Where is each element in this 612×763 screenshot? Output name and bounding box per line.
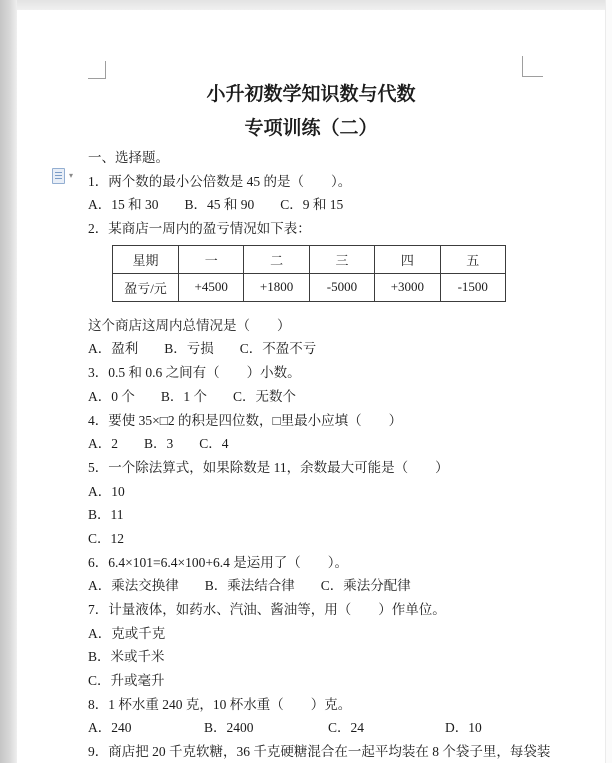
- question-7-option-b: B．米或千米: [17, 645, 605, 669]
- option-d: D．10: [445, 720, 482, 735]
- option-b: B．3: [144, 432, 173, 456]
- question-1: 1．两个数的最小公倍数是 45 的是（ ）。: [17, 170, 605, 194]
- table-cell: +3000: [375, 273, 440, 301]
- question-4-options: A．2 B．3 C．4: [17, 432, 605, 456]
- question-2: 2．某商店一周内的盈亏情况如下表：: [17, 217, 605, 241]
- option-a: A．盈利: [88, 337, 138, 361]
- table-cell: 五: [440, 245, 505, 273]
- option-b: B．亏损: [164, 337, 214, 361]
- table-cell: 三: [309, 245, 374, 273]
- window-right-gutter[interactable]: [605, 0, 612, 763]
- option-c: C．24: [328, 716, 445, 740]
- question-5: 5．一个除法算式，如果除数是 11，余数最大可能是（ ）: [17, 456, 605, 480]
- question-3-options: A．0 个 B．1 个 C．无数个: [17, 385, 605, 409]
- option-c: C．无数个: [233, 385, 296, 409]
- table-cell: 四: [375, 245, 440, 273]
- table-value-row: 盈亏/元 +4500 +1800 -5000 +3000 -1500: [113, 273, 506, 301]
- question-1-options: A．15 和 30 B．45 和 90 C．9 和 15: [17, 193, 605, 217]
- question-4: 4．要使 35×□2 的积是四位数，□里最小应填（ ）: [17, 409, 605, 433]
- option-a: A．2: [88, 432, 118, 456]
- table-cell: -1500: [440, 273, 505, 301]
- option-b: B．2400: [204, 716, 328, 740]
- section-heading: 一、选择题。: [17, 146, 605, 170]
- profit-loss-table: 星期 一 二 三 四 五 盈亏/元 +4500 +1800 -5000 +300…: [112, 245, 605, 302]
- table-cell: +1800: [244, 273, 309, 301]
- option-c: C．9 和 15: [280, 193, 343, 217]
- question-7-option-a: A．克或千克: [17, 622, 605, 646]
- doc-title-line-2: 专项训练（二）: [17, 112, 605, 146]
- question-7-option-c: C．升或毫升: [17, 669, 605, 693]
- table-gap: [17, 302, 605, 314]
- table-header-row: 星期 一 二 三 四 五: [113, 245, 506, 273]
- option-a: A．240: [88, 716, 204, 740]
- table-cell: -5000: [309, 273, 374, 301]
- option-c: C．4: [199, 432, 228, 456]
- question-8-options: A．240B．2400C．24D．10: [17, 716, 605, 740]
- question-5-option-a: A．10: [17, 480, 605, 504]
- option-b: B．1 个: [161, 385, 207, 409]
- table-cell: 二: [244, 245, 309, 273]
- question-5-option-c: C．12: [17, 527, 605, 551]
- question-2-options: A．盈利 B．亏损 C．不盈不亏: [17, 337, 605, 361]
- question-2-followup: 这个商店这周内总情况是（ ）: [17, 314, 605, 338]
- option-c: C．乘法分配律: [321, 574, 411, 598]
- document-page: 小升初数学知识数与代数 专项训练（二） 一、选择题。 1．两个数的最小公倍数是 …: [17, 0, 605, 763]
- question-5-option-b: B．11: [17, 503, 605, 527]
- table-cell: 盈亏/元: [113, 273, 179, 301]
- window-left-gutter: [0, 0, 17, 763]
- option-b: B．乘法结合律: [205, 574, 295, 598]
- question-8: 8．1 杯水重 240 克，10 杯水重（ ）克。: [17, 693, 605, 717]
- paste-options-button[interactable]: ▾: [52, 165, 84, 186]
- table-cell: 一: [179, 245, 244, 273]
- option-a: A．乘法交换律: [88, 574, 179, 598]
- table-cell: 星期: [113, 245, 179, 273]
- table-cell: +4500: [179, 273, 244, 301]
- window-top-gutter: [0, 0, 612, 10]
- doc-title-line-1: 小升初数学知识数与代数: [17, 78, 605, 112]
- question-3: 3．0.5 和 0.6 之间有（ ）小数。: [17, 361, 605, 385]
- option-b: B．45 和 90: [185, 193, 255, 217]
- option-c: C．不盈不亏: [240, 337, 317, 361]
- question-6-options: A．乘法交换律 B．乘法结合律 C．乘法分配律: [17, 574, 605, 598]
- option-a: A．15 和 30: [88, 193, 159, 217]
- question-9: 9．商店把 20 千克软糖，36 千克硬糖混合在一起平均装在 8 个袋子里，每袋…: [17, 740, 605, 763]
- chevron-down-icon[interactable]: ▾: [69, 172, 73, 180]
- question-7: 7．计量液体，如药水、汽油、酱油等，用（ ）作单位。: [17, 598, 605, 622]
- option-a: A．0 个: [88, 385, 135, 409]
- question-6: 6．6.4×101=6.4×100+6.4 是运用了（ ）。: [17, 551, 605, 575]
- clipboard-icon: [52, 168, 65, 184]
